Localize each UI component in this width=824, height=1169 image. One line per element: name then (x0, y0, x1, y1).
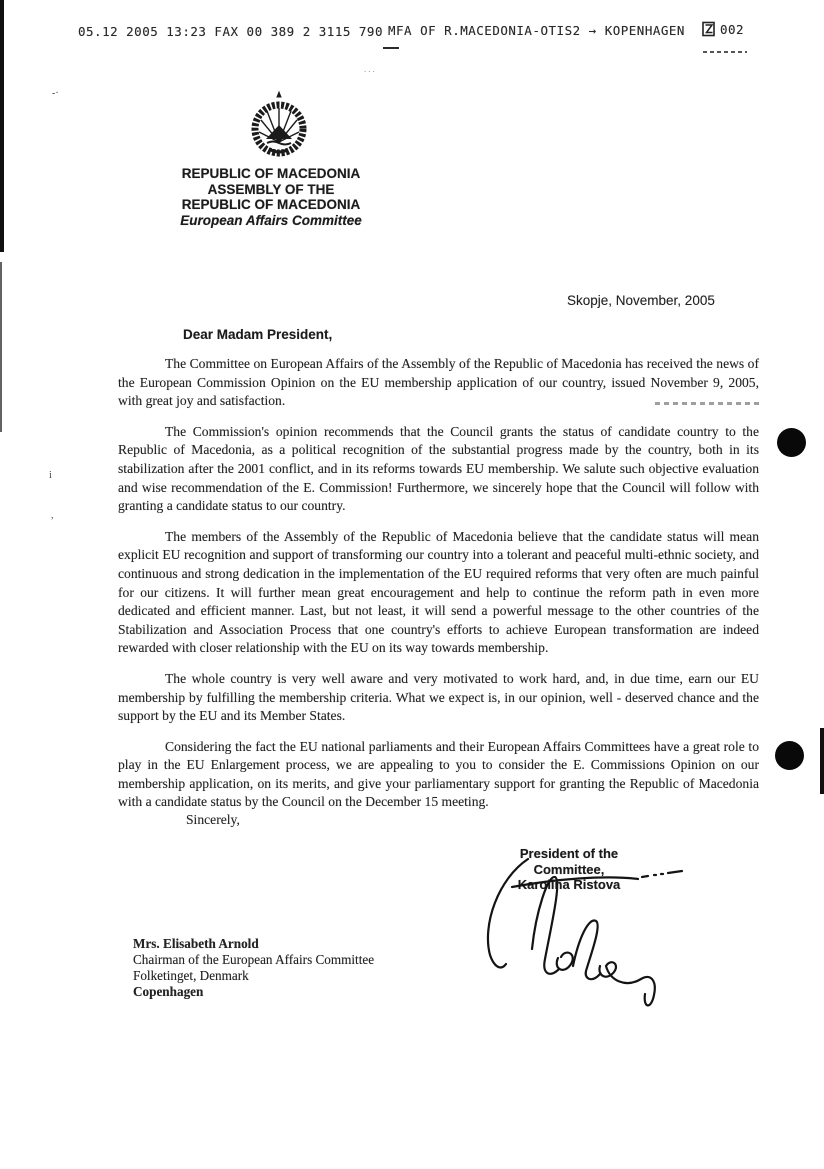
paragraph-4: The whole country is very well aware and… (118, 670, 759, 726)
letterhead-line-2: ASSEMBLY OF THE (166, 182, 376, 198)
salutation: Dear Madam President, (183, 327, 332, 342)
letterhead: REPUBLIC OF MACEDONIA ASSEMBLY OF THE RE… (166, 166, 376, 228)
scan-edge-left-lower (0, 262, 2, 432)
recipient-city: Copenhagen (133, 984, 374, 1000)
hole-punch-mark-bottom (775, 741, 804, 770)
fax-page-number: 002 (720, 22, 744, 37)
scan-dots-artifact: ... (364, 64, 377, 74)
hole-punch-mark-top (777, 428, 806, 457)
handwritten-signature (470, 845, 700, 1025)
paragraph-3: The members of the Assembly of the Repub… (118, 528, 759, 658)
dateline: Skopje, November, 2005 (567, 293, 715, 308)
closing: Sincerely, (186, 812, 240, 828)
letter-body: The Committee on European Affairs of the… (118, 355, 759, 824)
macedonia-coat-of-arms-logo (247, 90, 311, 167)
paragraph-2: The Commission's opinion recommends that… (118, 423, 759, 516)
scan-edge-left-top (0, 0, 4, 252)
fax-header-timestamp: 05.12 2005 13:23 FAX 00 389 2 3115 790 (78, 24, 383, 39)
paragraph-1: The Committee on European Affairs of the… (118, 355, 759, 411)
recipient-name: Mrs. Elisabeth Arnold (133, 936, 374, 952)
scan-speck-mid: i (49, 470, 52, 481)
letterhead-committee: European Affairs Committee (166, 213, 376, 229)
recipient-institution: Folketinget, Denmark (133, 968, 374, 984)
fax-letter-page: -· i , ... 05.12 2005 13:23 FAX 00 389 2… (0, 0, 824, 1169)
scan-edge-right (820, 728, 824, 794)
scan-speck-lower: , (51, 510, 54, 521)
fax-header-underline-right (703, 51, 747, 53)
recipient-title: Chairman of the European Affairs Committ… (133, 952, 374, 968)
fax-header-underline-center (383, 47, 399, 49)
letterhead-line-1: REPUBLIC OF MACEDONIA (166, 166, 376, 182)
letterhead-line-3: REPUBLIC OF MACEDONIA (166, 197, 376, 213)
paragraph-5: Considering the fact the EU national par… (118, 738, 759, 812)
fax-header-page-group: 002 (702, 21, 744, 37)
fax-page-icon (702, 21, 716, 37)
scan-speck-top: -· (52, 88, 59, 99)
fax-header-route: MFA OF R.MACEDONIA-OTIS2 → KOPENHAGEN (388, 23, 685, 38)
recipient-address: Mrs. Elisabeth Arnold Chairman of the Eu… (133, 936, 374, 1000)
